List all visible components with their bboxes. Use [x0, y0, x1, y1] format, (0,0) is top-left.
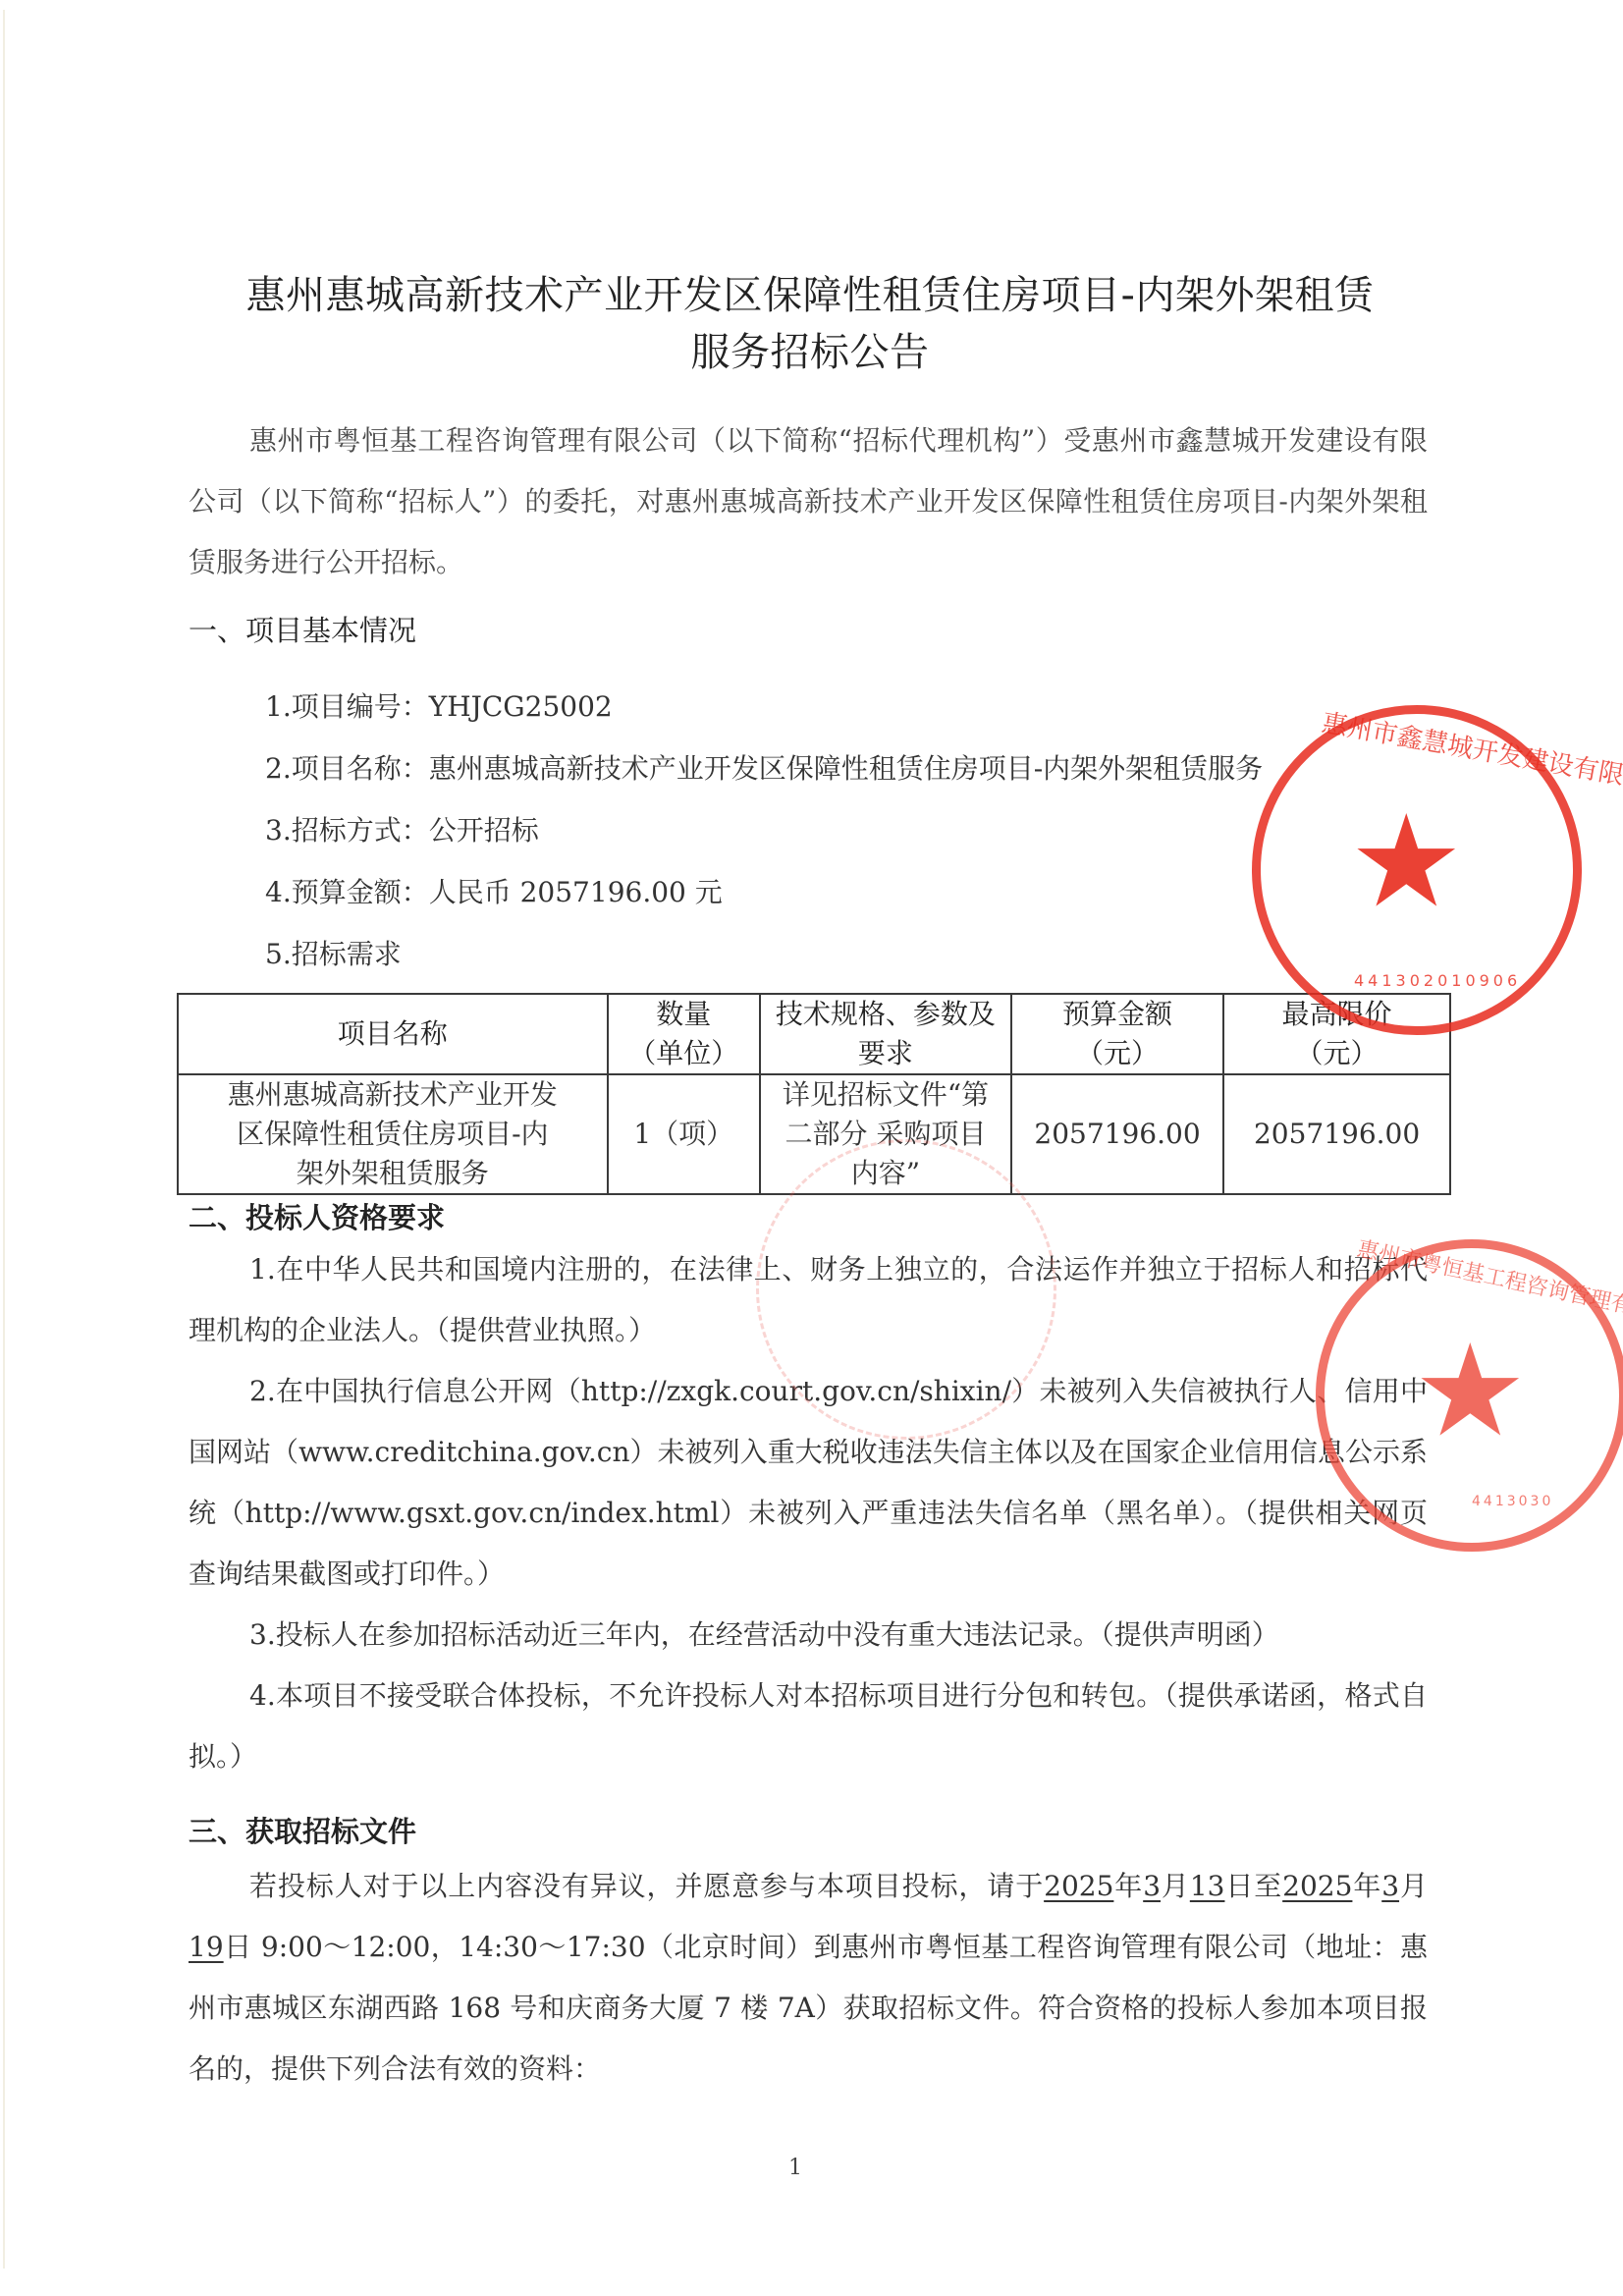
- section-3-heading: 三、获取招标文件: [189, 1810, 416, 1853]
- scan-page-edge: [3, 10, 5, 2269]
- qualification-1: 1.在中华人民共和国境内注册的，在法律上、财务上独立的，合法运作并独立于招标人和…: [189, 1239, 1428, 1361]
- end-year: 2025: [1282, 1870, 1352, 1902]
- seal-1-text: 惠州市鑫慧城开发建设有限公司: [1320, 703, 1623, 801]
- tender-requirements-item: 5.招标需求: [265, 933, 402, 976]
- start-year: 2025: [1044, 1870, 1113, 1902]
- cell-specs: 详见招标文件“第 二部分 采购项目 内容”: [760, 1074, 1011, 1194]
- end-day: 19: [189, 1931, 224, 1963]
- qualification-2: 2.在中国执行信息公开网（http://zxgk.court.gov.cn/sh…: [189, 1361, 1428, 1605]
- cell-budget: 2057196.00: [1011, 1074, 1223, 1194]
- cell-max-price: 2057196.00: [1223, 1074, 1450, 1194]
- seal-2-number: 4413030: [1472, 1494, 1553, 1509]
- project-name-item: 2.项目名称：惠州惠城高新技术产业开发区保障性租赁住房项目-内架外架租赁服务: [265, 747, 1263, 791]
- table-row: 惠州惠城高新技术产业开发 区保障性租赁住房项目-内 架外架租赁服务 1（项） 详…: [178, 1074, 1450, 1194]
- header-budget: 预算金额（元）: [1011, 994, 1223, 1074]
- intro-paragraph: 惠州市粤恒基工程咨询管理有限公司（以下简称“招标代理机构”）受惠州市鑫慧城开发建…: [189, 410, 1428, 593]
- cell-quantity: 1（项）: [608, 1074, 760, 1194]
- section-1-heading: 一、项目基本情况: [189, 609, 416, 652]
- end-month: 3: [1381, 1870, 1399, 1902]
- header-quantity: 数量（单位）: [608, 994, 760, 1074]
- table-header-row: 项目名称 数量（单位） 技术规格、参数及要求 预算金额（元） 最高限价（元）: [178, 994, 1450, 1074]
- seal-star-icon: ★: [1349, 797, 1464, 925]
- seal-star-icon: ★: [1413, 1327, 1528, 1454]
- header-project-name: 项目名称: [178, 994, 608, 1074]
- project-number-item: 1.项目编号：YHJCG25002: [265, 685, 613, 729]
- seal-1-number: 441302010906: [1354, 971, 1521, 990]
- header-specs: 技术规格、参数及要求: [760, 994, 1011, 1074]
- start-day: 13: [1190, 1870, 1225, 1902]
- qualification-3: 3.投标人在参加招标活动近三年内，在经营活动中没有重大违法记录。（提供声明函）: [189, 1605, 1428, 1666]
- title-line-2: 服务招标公告: [177, 324, 1443, 381]
- title-line-1: 惠州惠城高新技术产业开发区保障性租赁住房项目-内架外架租赁: [177, 267, 1443, 324]
- header-max-price: 最高限价（元）: [1223, 994, 1450, 1074]
- budget-item: 4.预算金额：人民币 2057196.00 元: [265, 871, 723, 914]
- obtain-documents-paragraph: 若投标人对于以上内容没有异议，并愿意参与本项目投标，请于2025年3月13日至2…: [189, 1856, 1428, 2100]
- page-number: 1: [788, 2156, 802, 2180]
- requirements-table: 项目名称 数量（单位） 技术规格、参数及要求 预算金额（元） 最高限价（元） 惠…: [177, 993, 1451, 1195]
- qualification-4: 4.本项目不接受联合体投标，不允许投标人对本招标项目进行分包和转包。（提供承诺函…: [189, 1666, 1428, 1787]
- cell-project-name: 惠州惠城高新技术产业开发 区保障性租赁住房项目-内 架外架租赁服务: [178, 1074, 608, 1194]
- document-title: 惠州惠城高新技术产业开发区保障性租赁住房项目-内架外架租赁 服务招标公告: [177, 267, 1443, 381]
- section-2-heading: 二、投标人资格要求: [189, 1196, 445, 1239]
- tender-method-item: 3.招标方式：公开招标: [265, 809, 539, 852]
- company-seal-tenderer: ★ 惠州市鑫慧城开发建设有限公司 441302010906: [1252, 705, 1582, 1035]
- start-month: 3: [1143, 1870, 1161, 1902]
